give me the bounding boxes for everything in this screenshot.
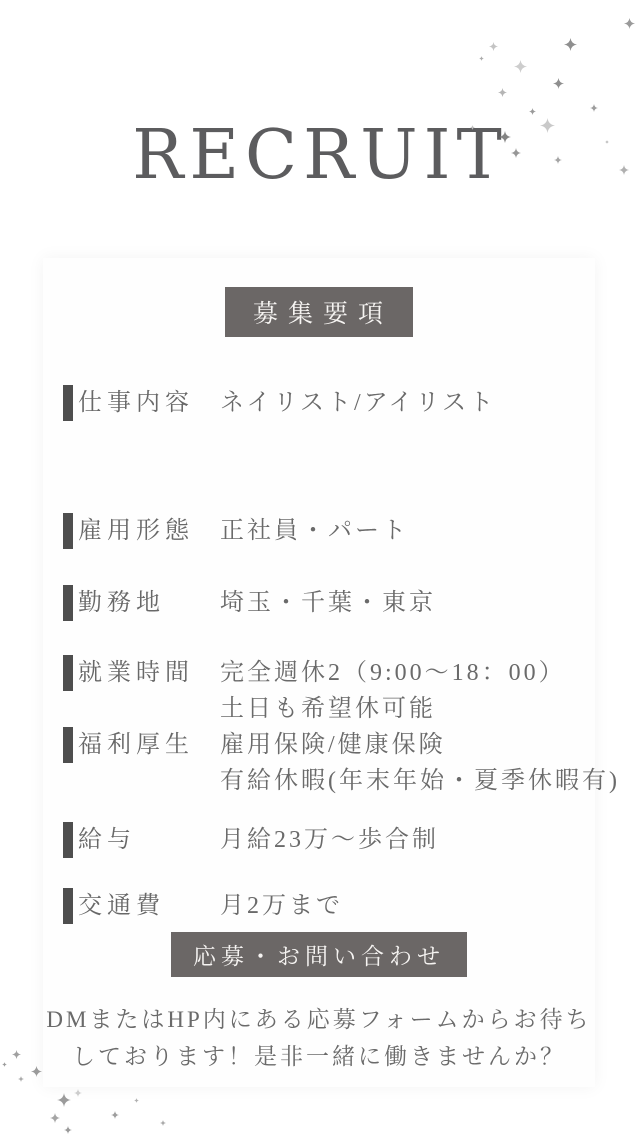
row-accent-bar [63, 727, 73, 763]
row-employment-type: 雇用形態 正社員・パート [43, 513, 595, 549]
row-accent-bar [63, 585, 73, 621]
footer-line1: DMまたはHP内にある応募フォームからお待ち [46, 1007, 591, 1032]
sparkle-icon [479, 56, 484, 61]
sparkle-icon [111, 1111, 119, 1119]
row-accent-bar [63, 385, 73, 421]
row-accent-bar [63, 513, 73, 549]
sparkle-icon [529, 108, 536, 115]
sparkle-icon [160, 1120, 166, 1126]
row-label: 交通費 [78, 888, 220, 924]
row-job: 仕事内容 ネイリスト/アイリスト [43, 385, 595, 421]
row-value-line1: 完全週休2（9:00～18：00） [220, 660, 566, 686]
sparkle-icon [18, 1076, 24, 1082]
row-transportation: 交通費 月2万まで [43, 888, 595, 924]
poster-background: RECRUIT 募集要項 仕事内容 ネイリスト/アイリスト 雇用形態 正社員・パ… [0, 0, 640, 1136]
sparkle-icon [57, 1093, 71, 1107]
sparkle-icon [64, 1126, 72, 1134]
sparkle-icon [50, 1113, 60, 1123]
row-label: 給与 [78, 822, 220, 858]
row-value: ネイリスト/アイリスト [220, 385, 496, 421]
row-value: 完全週休2（9:00～18：00） 土日も希望休可能 [220, 655, 566, 727]
sparkle-icon [2, 1062, 7, 1067]
row-accent-bar [63, 822, 73, 858]
contact-heading-box: 応募・お問い合わせ [171, 932, 467, 977]
recruit-card: 募集要項 仕事内容 ネイリスト/アイリスト 雇用形態 正社員・パート 勤務地 埼… [43, 258, 595, 1087]
contact-heading: 応募・お問い合わせ [193, 944, 445, 969]
sparkle-icon [134, 1098, 139, 1103]
sparkle-icon [12, 1050, 21, 1059]
sparkle-icon [590, 104, 598, 112]
sparkle-icon [624, 18, 635, 29]
row-label: 福利厚生 [78, 727, 220, 763]
row-value: 月給23万～歩合制 [220, 822, 439, 858]
row-location: 勤務地 埼玉・千葉・東京 [43, 585, 595, 621]
footer-message: DMまたはHP内にある応募フォームからお待ち しております！是非一緒に働きません… [43, 1001, 595, 1075]
sparkle-icon [74, 1089, 82, 1097]
sparkle-icon [31, 1066, 42, 1077]
row-working-hours: 就業時間 完全週休2（9:00～18：00） 土日も希望休可能 [43, 655, 595, 727]
section-heading-box: 募集要項 [225, 287, 413, 337]
sparkle-icon [498, 88, 507, 97]
row-value: 埼玉・千葉・東京 [220, 585, 436, 621]
row-value-line2: 有給休暇(年末年始・夏季休暇有) [220, 768, 620, 794]
section-heading: 募集要項 [253, 301, 393, 328]
row-label: 勤務地 [78, 585, 220, 621]
row-value-line1: 雇用保険/健康保険 [220, 732, 446, 758]
sparkle-icon [514, 60, 527, 73]
row-label: 就業時間 [78, 655, 220, 691]
sparkle-icon [564, 38, 577, 51]
sparkle-icon [553, 78, 564, 89]
sparkle-icon [489, 42, 498, 51]
row-value: 月2万まで [220, 888, 343, 924]
page-title: RECRUIT [0, 116, 640, 195]
row-label: 仕事内容 [78, 385, 220, 421]
row-value: 雇用保険/健康保険 有給休暇(年末年始・夏季休暇有) [220, 727, 620, 799]
row-accent-bar [63, 655, 73, 691]
row-label: 雇用形態 [78, 513, 220, 549]
footer-line2: しております！是非一緒に働きませんか？ [72, 1044, 566, 1069]
row-benefits: 福利厚生 雇用保険/健康保険 有給休暇(年末年始・夏季休暇有) [43, 727, 595, 799]
row-accent-bar [63, 888, 73, 924]
row-salary: 給与 月給23万～歩合制 [43, 822, 595, 858]
row-value: 正社員・パート [220, 513, 409, 549]
row-value-line2: 土日も希望休可能 [220, 696, 436, 722]
